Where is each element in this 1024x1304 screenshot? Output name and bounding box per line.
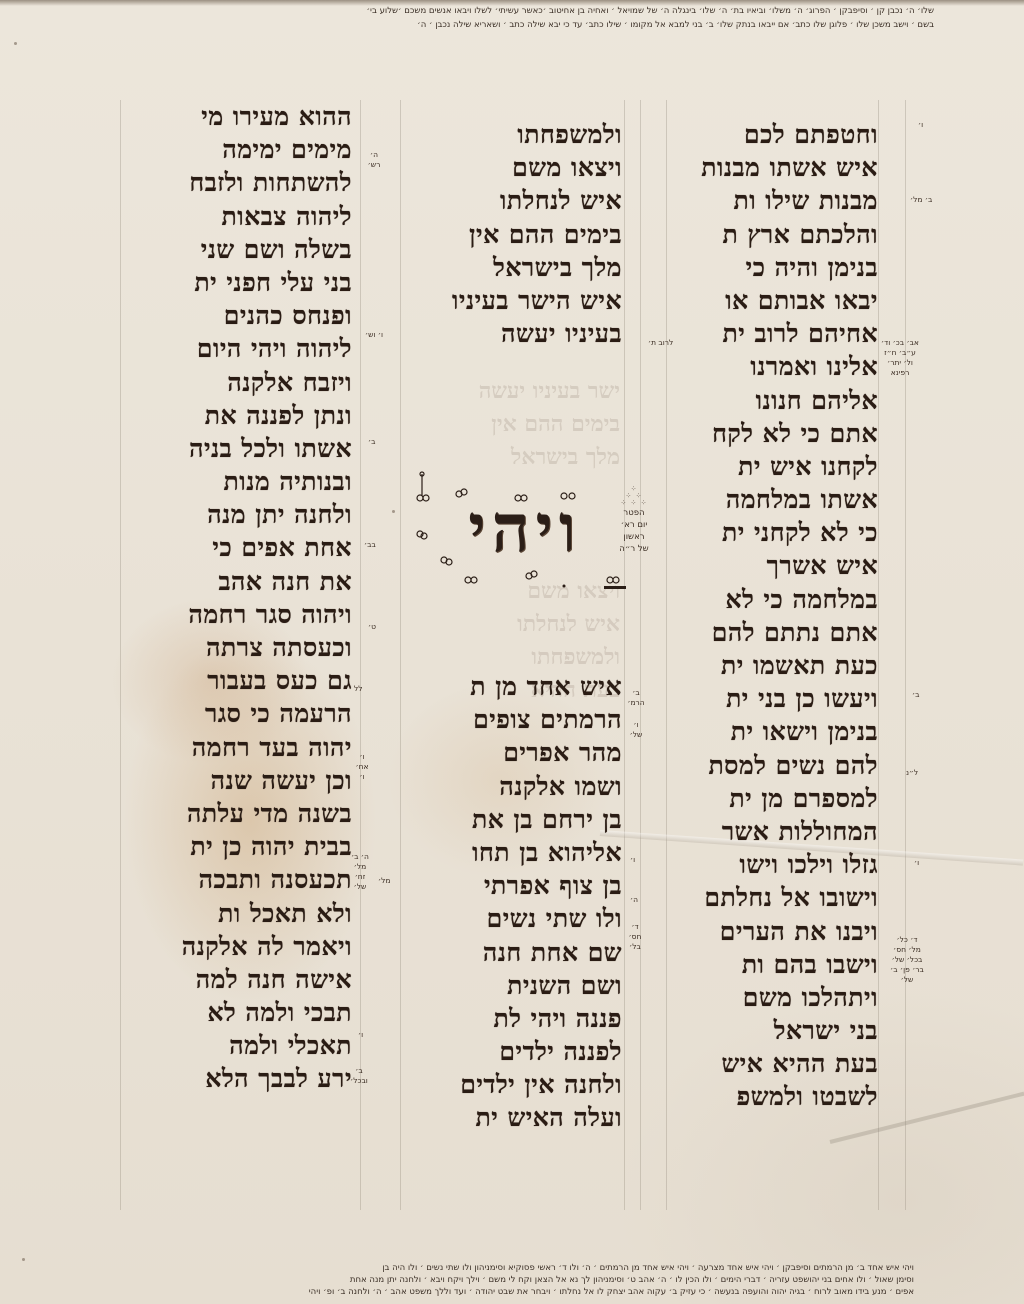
ruling-line [360, 100, 361, 1210]
text-line: שם אחת חנה [404, 936, 622, 969]
text-line: במלחמה כי לא [672, 583, 878, 616]
rubric-line: הפטר [604, 507, 664, 519]
ghost-line: איש לנחלתו [408, 608, 620, 641]
text-line: אליהוא בן תחו [404, 836, 622, 869]
masorah-line: וסימן שאול ׳ ולו אחים בני יהושפט עזריה ׳… [124, 1274, 914, 1286]
masorah-parva-note: ו׳ [914, 858, 919, 868]
text-line: אתם כי לא לקח [672, 417, 878, 450]
text-column-left: ההוא מעירו מי מימים ימימה להשתחות ולזבח … [134, 100, 352, 1096]
masorah-parva-note: ו׳ [630, 855, 635, 865]
masorah-parva-note: ב׳ [368, 437, 375, 447]
text-line: ושם השנית [404, 969, 622, 1002]
text-line: ופנחס כהנים [134, 299, 352, 332]
text-line: ויעשו כן בני ית [672, 682, 878, 715]
text-line: כעת תאשמו ית [672, 649, 878, 682]
rubric-line: של ר״ה [604, 543, 664, 555]
text-line: אישה חנה למה [134, 963, 352, 996]
masorah-magna-bottom: ויהי איש אחד ב׳ מן הרמתים וסיפבקן ׳ ויהי… [124, 1262, 914, 1298]
text-line: להם נשים למסת [672, 749, 878, 782]
rubric-line: ראשון [604, 531, 664, 543]
text-line: ליהוה ויהי היום [134, 332, 352, 365]
text-line: ויבנו את הערים [672, 915, 878, 948]
masorah-parva-note: ה׳ רש׳ [364, 150, 384, 170]
ruling-line [666, 100, 667, 1210]
masorah-parva-note: ד׳ חס׳ בל׳ [624, 922, 646, 952]
text-line: והלכתם ארץ ת [672, 218, 878, 251]
text-line: מימים ימימה [134, 133, 352, 166]
text-line: ובנותיה מנות [134, 465, 352, 498]
text-line: ויצאו משם [404, 151, 622, 184]
text-line: בעת ההיא איש [672, 1047, 878, 1080]
text-line: בני עלי חפני ית [134, 266, 352, 299]
ruling-line [120, 100, 121, 1210]
text-line: אחיהם לרוב ית [672, 317, 878, 350]
text-line: ויאמר לה אלקנה [134, 930, 352, 963]
text-line: אתם נתתם להם [672, 616, 878, 649]
text-line: המחוללות אשר [672, 815, 878, 848]
text-line: וחטפתם לכם [672, 118, 878, 151]
text-line: וכן יעשה שנה [134, 764, 352, 797]
ghost-line: מלך בישראל [408, 441, 620, 474]
ghost-line: ישר בעיניו יעשה [408, 375, 620, 408]
ruling-line [400, 100, 401, 1210]
text-line: בנימן וישאו ית [672, 715, 878, 748]
ghost-line: בימים ההם אין [408, 408, 620, 441]
text-line: איש לנחלתו [404, 184, 622, 217]
text-line: וכעסתה צרתה [134, 631, 352, 664]
text-line: לקחנו איש ית [672, 450, 878, 483]
text-line: ויהוה סגר רחמה [134, 598, 352, 631]
masorah-parva-note: בב׳ [364, 540, 376, 550]
masorah-magna-top: שלו׳ ה׳ נכבן קן ׳ וסיפבקן ׳ הפרוג׳ ה׳ מש… [134, 4, 934, 32]
text-line: בשלה ושם שני [134, 233, 352, 266]
text-line: ליהוה צבאות [134, 200, 352, 233]
text-line: ירע לבבך הלא [134, 1062, 352, 1095]
dot-triangle-icon: ⁘⁘ ⁘⁘ ⁘ ⁘ [604, 486, 664, 507]
masorah-parva-note: לל [354, 684, 363, 694]
rubric-line: יום רא׳ [604, 519, 664, 531]
ghost-line: ויצאו משם [408, 575, 620, 608]
masorah-line: בשם ׳ וישב משכן שלו ׳ פלוגן שלו כתב׳ אם … [134, 18, 934, 32]
text-line: ועלה האיש ית [404, 1101, 622, 1134]
ink-speck [14, 42, 17, 45]
masorah-parva-note: מל׳ [378, 876, 390, 886]
masorah-parva-note: ב׳ ובכל׳ [346, 1066, 372, 1086]
masorah-parva-note: ב׳ מל׳ [910, 195, 932, 205]
text-line: ויזבח אלקנה [134, 366, 352, 399]
masorah-parva-note: ו׳ של׳ [626, 720, 646, 740]
text-line: בנימן והיה כי [672, 251, 878, 284]
text-line: וישובו אל נחלתם [672, 881, 878, 914]
text-line: לפננה ילדים [404, 1035, 622, 1068]
text-line: יהוה בעד רחמה [134, 731, 352, 764]
text-line: ולו שתי נשים [404, 902, 622, 935]
masorah-parva-note: ה׳ ב׳ מל׳ זח׳ של׳ [350, 852, 370, 892]
text-line: ונתן לפננה את [134, 399, 352, 432]
text-line: למספרם מן ית [672, 782, 878, 815]
text-line: את חנה אהב [134, 565, 352, 598]
text-line: יבאו אבותם או [672, 284, 878, 317]
text-line: איש אחד מן ת [404, 670, 622, 703]
text-line: להשתחות ולזבח [134, 166, 352, 199]
text-line: פננה ויהי לת [404, 1002, 622, 1035]
masorah-parva-note: אב׳ בכ׳ וד׳ ע״ב׳ ח״ז ול׳ יתר׳ רפינא [880, 338, 920, 378]
text-line: גזלו וילכו וישו [672, 848, 878, 881]
text-line: אליהם חנונו [672, 384, 878, 417]
text-line: בן צוף אפרתי [404, 869, 622, 902]
masorah-parva-note: ד׳ כל׳ מל׳ חס׳ בכל׳ של׳ בר׳ פן׳ ב׳ של׳ [890, 935, 924, 985]
text-line: ולא תאכל ות [134, 897, 352, 930]
ruling-line [905, 100, 906, 1210]
text-line: ולמשפחתו [404, 118, 622, 151]
text-line: כי לא לקחני ית [672, 516, 878, 549]
text-line: בעיניו יעשה [404, 317, 622, 350]
text-line: בן ירחם בן את [404, 803, 622, 836]
text-line: תאכלי ולמה [134, 1029, 352, 1062]
text-column-middle-top: ולמשפחתו ויצאו משם איש לנחלתו בימים ההם … [404, 118, 622, 350]
text-line: ולחנה יתן מנה [134, 498, 352, 531]
text-column-middle-bottom: איש אחד מן ת הרמתים צופים מהר אפרים ושמו… [404, 670, 622, 1135]
text-line: אשתו במלחמה [672, 483, 878, 516]
masorah-parva-note: ו׳ [358, 1030, 363, 1040]
text-line: גם כעס בעבור [134, 664, 352, 697]
text-line: תכעסנה ותבכה [134, 863, 352, 896]
masorah-parva-note: ה׳ [630, 895, 638, 905]
masorah-line: שלו׳ ה׳ נכבן קן ׳ וסיפבקן ׳ הפרוג׳ ה׳ מש… [134, 4, 934, 18]
text-line: אחת אפים כי [134, 531, 352, 564]
text-line: מהר אפרים [404, 736, 622, 769]
text-line: ויתהלכו משם [672, 981, 878, 1014]
text-line: איש אשתו מבנות [672, 151, 878, 184]
haftarah-rubric: ⁘⁘ ⁘⁘ ⁘ ⁘ הפטר יום רא׳ ראשון של ר״ה [604, 486, 664, 555]
text-line: מבנות שילו ות [672, 184, 878, 217]
text-column-right: וחטפתם לכם איש אשתו מבנות מבנות שילו ות … [672, 118, 878, 1114]
ruling-line [640, 100, 641, 1210]
text-line: ההוא מעירו מי [134, 100, 352, 133]
masorah-parva-note: לרוב ת׳ [648, 338, 673, 348]
text-line: לשבטו ולמשפ [672, 1080, 878, 1113]
text-line: בימים ההם אין [404, 218, 622, 251]
masorah-line: אפים ׳ מנע בידו מאוב לרוח ׳ בגיה יהוה וה… [124, 1286, 914, 1298]
text-line: אלינו ואמרנו [672, 350, 878, 383]
text-line: ושמו אלקנה [404, 770, 622, 803]
masorah-parva-note: ו׳ וש׳ [364, 330, 384, 340]
text-line: איש הישר בעיניו [404, 284, 622, 317]
ruling-line [878, 100, 879, 1210]
text-line: מלך בישראל [404, 251, 622, 284]
ink-speck [392, 510, 395, 513]
text-line: איש אשרך [672, 549, 878, 582]
text-line: וישבו בהם ות [672, 948, 878, 981]
text-line: תבכי ולמה לא [134, 996, 352, 1029]
text-line: ולחנה אין ילדים [404, 1068, 622, 1101]
masorah-parva-note: ו׳ [918, 120, 923, 130]
masorah-parva-note: ו׳ אח׳ ו׳ [352, 752, 372, 782]
text-line: בבית יהוה כן ית [134, 830, 352, 863]
ruling-line [624, 100, 625, 1210]
masorah-parva-note: ל״נ [906, 768, 918, 778]
text-line: בני ישראל [672, 1014, 878, 1047]
text-line: אשתו ולכל בניה [134, 432, 352, 465]
masorah-parva-note: ט׳ [368, 622, 376, 632]
manuscript-page: שלו׳ ה׳ נכבן קן ׳ וסיפבקן ׳ הפרוג׳ ה׳ מש… [0, 0, 1024, 1304]
text-line: הרעמה כי סגר [134, 697, 352, 730]
ink-speck [22, 1258, 25, 1261]
text-line: הרמתים צופים [404, 703, 622, 736]
masorah-parva-note: ב׳ [912, 690, 919, 700]
masorah-parva-note: ב׳ הרמ׳ [626, 688, 646, 708]
masorah-line: ויהי איש אחד ב׳ מן הרמתים וסיפבקן ׳ ויהי… [124, 1262, 914, 1274]
text-line: בשנה מדי עלתה [134, 797, 352, 830]
